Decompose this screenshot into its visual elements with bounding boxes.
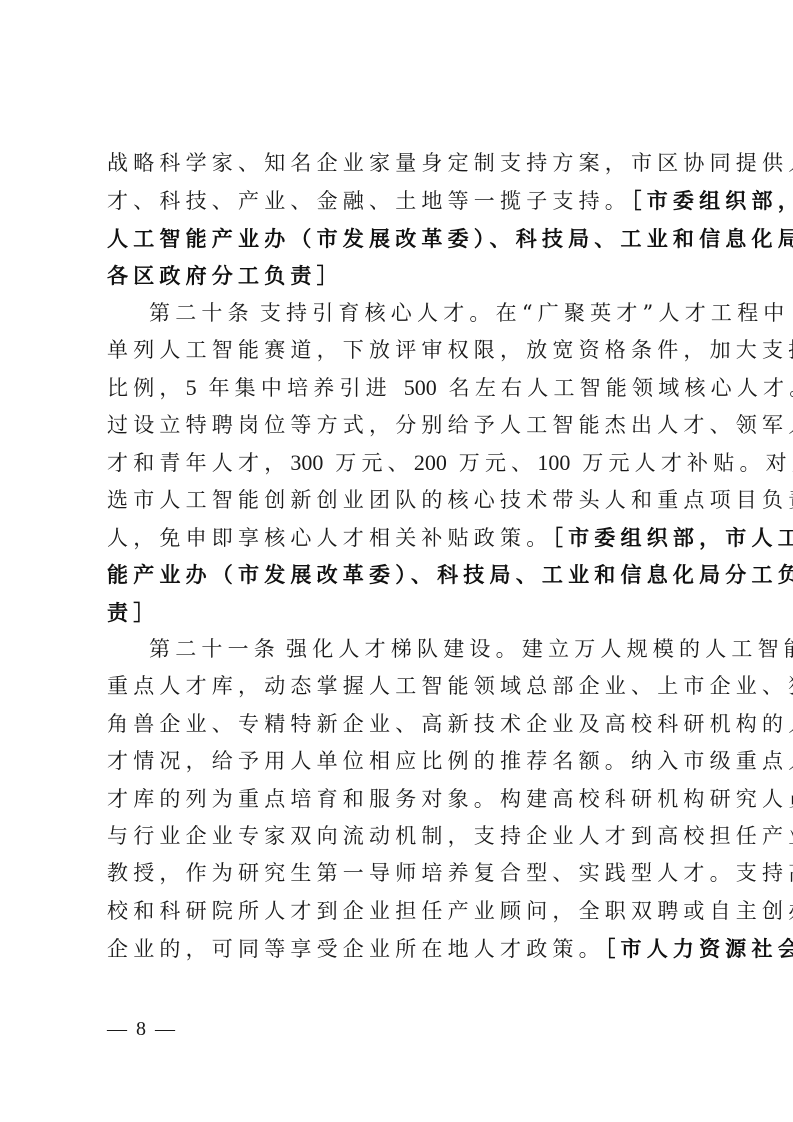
text-fragment: 才和青年人才，	[107, 451, 290, 475]
text-fragment: 万元、	[323, 451, 413, 475]
responsible-departments: 能产业办（市发展改革委）、科技局、工业和信息化局分工负	[107, 556, 707, 593]
text-fragment: 企业的，可同等享受企业所在地人才政策。	[107, 937, 605, 961]
text-line: 教授，作为研究生第一导师培养复合型、实践型人才。支持高	[107, 855, 707, 892]
text-fragment: 万元、	[447, 451, 537, 475]
article-title: 强化人才梯队建设。	[286, 637, 522, 661]
article-20: 第二十条支持引育核心人才。在“广聚英才”人才工程中 单列人工智能赛道，下放评审权…	[107, 295, 707, 632]
text-line: 比例，5 年集中培养引进 500 名左右人工智能领域核心人才。通	[107, 369, 707, 406]
text-line: 战略科学家、知名企业家量身定制支持方案，市区协同提供人	[107, 145, 707, 182]
text-line: 企业的，可同等享受企业所在地人才政策。［市人力资源社会保	[107, 930, 707, 967]
text-line: 才、科技、产业、金融、土地等一揽子支持。［市委组织部，市	[107, 182, 707, 219]
text-line: 人，免申即享核心人才相关补贴政策。［市委组织部，市人工智	[107, 519, 707, 556]
subsidy-amount: 200	[414, 450, 447, 475]
text-fragment: 年集中培养引进	[197, 376, 404, 400]
text-line: 校和科研院所人才到企业担任产业顾问，全职双聘或自主创办	[107, 893, 707, 930]
text-fragment: 建立万人规模的人工智能	[522, 637, 793, 661]
text-fragment: 才、科技、产业、金融、土地等一揽子支持。	[107, 189, 631, 213]
article-number: 第二十条	[149, 301, 254, 325]
text-line: 过设立特聘岗位等方式，分别给予人工智能杰出人才、领军人	[107, 407, 707, 444]
responsible-departments: ［市委组织部，市人工智	[552, 525, 793, 550]
text-fragment: 比例，	[107, 376, 186, 400]
text-fragment: 万元人才补贴。对入	[570, 451, 793, 475]
number-talents: 500	[404, 375, 437, 400]
paragraph-continuation: 战略科学家、知名企业家量身定制支持方案，市区协同提供人 才、科技、产业、金融、土…	[107, 145, 707, 295]
responsible-departments: ［市委组织部，市	[631, 188, 793, 213]
subsidy-amount: 100	[537, 450, 570, 475]
number-years: 5	[186, 375, 197, 400]
subsidy-amount: 300	[290, 450, 323, 475]
text-line: 与行业企业专家双向流动机制，支持企业人才到高校担任产业	[107, 818, 707, 855]
text-line: 才情况，给予用人单位相应比例的推荐名额。纳入市级重点人	[107, 743, 707, 780]
responsible-departments: ［市人力资源社会保	[605, 936, 793, 961]
text-line: 单列人工智能赛道，下放评审权限，放宽资格条件，加大支持	[107, 332, 707, 369]
document-body: 战略科学家、知名企业家量身定制支持方案，市区协同提供人 才、科技、产业、金融、土…	[107, 145, 707, 968]
text-line: 才和青年人才，300 万元、200 万元、100 万元人才补贴。对入	[107, 444, 707, 481]
text-fragment: 名左右人工智能领域核心人才。通	[437, 376, 793, 400]
responsible-departments: 各区政府分工负责］	[107, 257, 707, 294]
text-line: 重点人才库，动态掌握人工智能领域总部企业、上市企业、独	[107, 668, 707, 705]
text-fragment: 人，免申即享核心人才相关补贴政策。	[107, 526, 552, 550]
text-line: 选市人工智能创新创业团队的核心技术带头人和重点项目负责	[107, 482, 707, 519]
responsible-departments: 人工智能产业办（市发展改革委）、科技局、工业和信息化局，	[107, 220, 707, 257]
text-line: 第二十条支持引育核心人才。在“广聚英才”人才工程中	[107, 295, 707, 332]
text-line: 角兽企业、专精特新企业、高新技术企业及高校科研机构的人	[107, 706, 707, 743]
article-number: 第二十一条	[149, 637, 280, 661]
article-21: 第二十一条强化人才梯队建设。建立万人规模的人工智能 重点人才库，动态掌握人工智能…	[107, 631, 707, 968]
page-number: — 8 —	[107, 1018, 177, 1041]
responsible-departments: 责］	[107, 594, 707, 631]
text-fragment: 在“广聚英才”人才工程中	[496, 301, 790, 325]
text-line: 第二十一条强化人才梯队建设。建立万人规模的人工智能	[107, 631, 707, 668]
text-line: 才库的列为重点培育和服务对象。构建高校科研机构研究人员	[107, 781, 707, 818]
article-title: 支持引育核心人才。	[260, 301, 496, 325]
